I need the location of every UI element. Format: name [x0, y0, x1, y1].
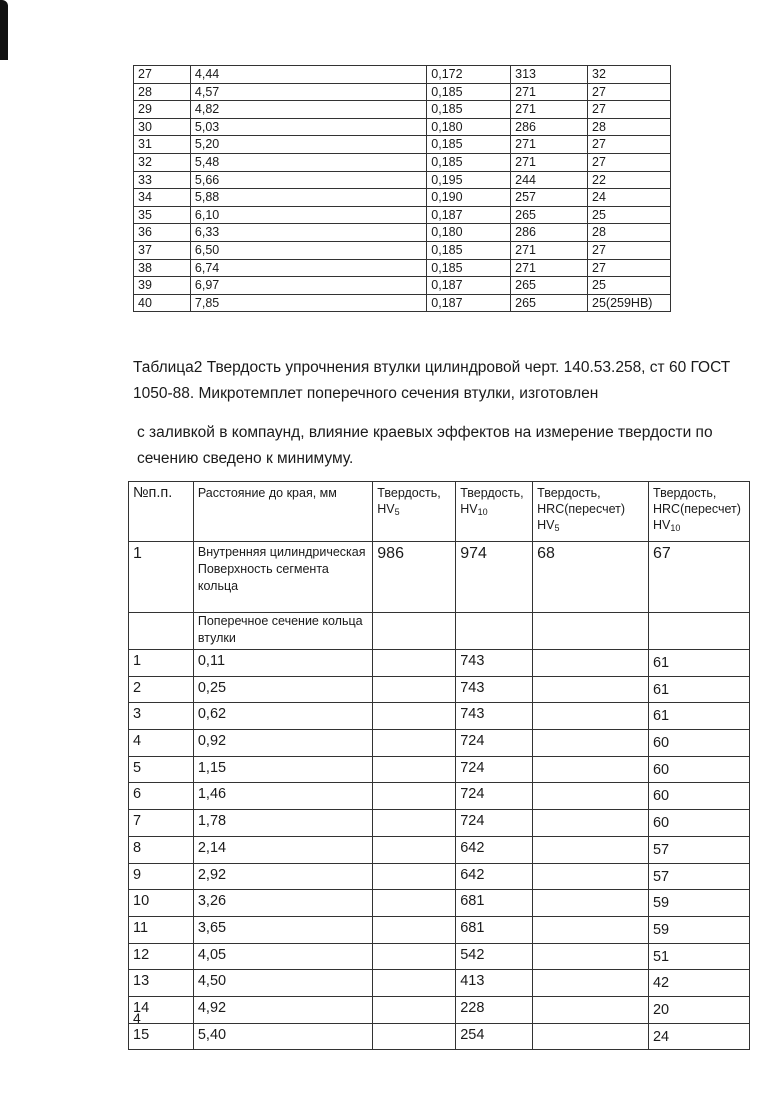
cell-hv5	[373, 836, 456, 863]
cell-hrc: 32	[588, 66, 671, 84]
cell-distance: 1,46	[193, 783, 372, 810]
cell-distance: 6,50	[190, 241, 426, 259]
table-row: 124,0554251	[129, 943, 750, 970]
cell-description: Внутренняя цилиндрическая Поверхность се…	[193, 542, 372, 613]
cell-hv5	[373, 783, 456, 810]
cell-hardness: 271	[511, 136, 588, 154]
cell-hrc-hv5	[533, 836, 649, 863]
cell-hrc-hv10: 60	[648, 810, 749, 837]
cell-distance: 4,05	[193, 943, 372, 970]
header-hv5: Твердость,HV5	[373, 482, 456, 542]
cell-distance: 1,15	[193, 756, 372, 783]
cell-hrc-hv5	[533, 1023, 649, 1050]
cell-hrc-hv10: 67	[648, 542, 749, 613]
cell-value: 0,185	[427, 241, 511, 259]
header-hv10: Твердость,HV10	[456, 482, 533, 542]
cell-value: 0,185	[427, 136, 511, 154]
cell-distance: 4,57	[190, 83, 426, 101]
cell-num: 35	[134, 206, 191, 224]
table2-caption: Таблица2 Твердость упрочнения втулки цил…	[133, 355, 743, 407]
table2-header-row: №п.п. Расстояние до края, мм Твердость,H…	[129, 482, 750, 542]
cell-hv5	[373, 730, 456, 757]
cell-num: 9	[129, 863, 194, 890]
cell-distance: 6,33	[190, 224, 426, 242]
cell-description: Поперечное сечение кольца втулки	[193, 613, 372, 650]
cell-hv5	[373, 676, 456, 703]
cell-num: 13	[129, 970, 194, 997]
cell-hrc-hv10: 60	[648, 730, 749, 757]
cell-distance: 5,66	[190, 171, 426, 189]
cell-hv5	[373, 890, 456, 917]
cell-hv5	[373, 650, 456, 677]
cell-value: 0,187	[427, 294, 511, 312]
cell-distance: 2,92	[193, 863, 372, 890]
cell-num: 15	[129, 1023, 194, 1050]
page-number: 4	[133, 1010, 141, 1026]
cell-hv10: 254	[456, 1023, 533, 1050]
cell-hv10	[456, 613, 533, 650]
cell-hv5	[373, 756, 456, 783]
cell-distance: 5,03	[190, 118, 426, 136]
cell-num: 31	[134, 136, 191, 154]
cell-hv5: 986	[373, 542, 456, 613]
table2-caption-continued: с заливкой в компаунд, влияние краевых э…	[137, 420, 747, 472]
cell-hv5	[373, 1023, 456, 1050]
cell-hrc-hv10	[648, 613, 749, 650]
cell-value: 0,185	[427, 259, 511, 277]
cell-hrc-hv10: 20	[648, 996, 749, 1023]
cell-value: 0,187	[427, 206, 511, 224]
cell-num: 12	[129, 943, 194, 970]
cell-hrc-hv5	[533, 703, 649, 730]
cell-hrc-hv5	[533, 756, 649, 783]
cell-hv10: 743	[456, 650, 533, 677]
cell-hrc: 28	[588, 224, 671, 242]
cell-hrc-hv10: 61	[648, 676, 749, 703]
cell-hrc-hv5: 68	[533, 542, 649, 613]
cell-hrc: 25	[588, 206, 671, 224]
cell-hardness: 265	[511, 294, 588, 312]
cell-hrc-hv10: 57	[648, 836, 749, 863]
cell-distance: 4,50	[193, 970, 372, 997]
cell-num: 6	[129, 783, 194, 810]
table-row: 366,330,18028628	[134, 224, 671, 242]
cell-value: 0,185	[427, 153, 511, 171]
table-row: 10,1174361	[129, 650, 750, 677]
cell-hv5	[373, 863, 456, 890]
cell-hardness: 313	[511, 66, 588, 84]
cell-num: 8	[129, 836, 194, 863]
table-row: 386,740,18527127	[134, 259, 671, 277]
cell-hv10: 743	[456, 703, 533, 730]
table-row: 294,820,18527127	[134, 101, 671, 119]
table-row: 284,570,18527127	[134, 83, 671, 101]
cell-hardness: 265	[511, 277, 588, 295]
table-row: 325,480,18527127	[134, 153, 671, 171]
cell-distance: 0,92	[193, 730, 372, 757]
table-row: 82,1464257	[129, 836, 750, 863]
cell-num: 28	[134, 83, 191, 101]
cell-hv10: 724	[456, 756, 533, 783]
hardness-table-continued: 274,440,17231332284,570,18527127294,820,…	[133, 65, 671, 312]
cell-num: 4	[129, 730, 194, 757]
cell-hv5	[373, 703, 456, 730]
cell-value: 0,187	[427, 277, 511, 295]
cell-distance: 1,78	[193, 810, 372, 837]
table-row: 274,440,17231332	[134, 66, 671, 84]
cell-hrc-hv5	[533, 613, 649, 650]
cell-distance: 3,26	[193, 890, 372, 917]
table-row: 134,5041342	[129, 970, 750, 997]
cell-num: 5	[129, 756, 194, 783]
header-distance: Расстояние до края, мм	[193, 482, 372, 542]
cell-hardness: 271	[511, 241, 588, 259]
cell-hv5	[373, 613, 456, 650]
cell-distance: 4,44	[190, 66, 426, 84]
cell-hrc: 24	[588, 189, 671, 207]
cell-num: 1	[129, 542, 194, 613]
cell-distance: 0,62	[193, 703, 372, 730]
cell-hrc: 27	[588, 241, 671, 259]
cell-num: 7	[129, 810, 194, 837]
cell-hrc: 27	[588, 259, 671, 277]
cell-hrc-hv10: 59	[648, 890, 749, 917]
table-row: 315,200,18527127	[134, 136, 671, 154]
cell-num: 29	[134, 101, 191, 119]
cell-distance: 4,92	[193, 996, 372, 1023]
cell-hrc-hv10: 51	[648, 943, 749, 970]
table-row: 92,9264257	[129, 863, 750, 890]
cell-hv5	[373, 810, 456, 837]
cell-distance: 5,88	[190, 189, 426, 207]
table1-body: 274,440,17231332284,570,18527127294,820,…	[134, 66, 671, 312]
cell-hrc: 22	[588, 171, 671, 189]
cell-hrc-hv5	[533, 943, 649, 970]
cell-num: 37	[134, 241, 191, 259]
cell-hv10: 413	[456, 970, 533, 997]
cell-distance: 6,97	[190, 277, 426, 295]
cell-value: 0,185	[427, 83, 511, 101]
scan-edge	[0, 0, 8, 60]
cell-distance: 5,48	[190, 153, 426, 171]
cell-distance: 2,14	[193, 836, 372, 863]
cell-hv10: 724	[456, 783, 533, 810]
cell-hv5	[373, 970, 456, 997]
table-row: 356,100,18726525	[134, 206, 671, 224]
cell-hardness: 286	[511, 224, 588, 242]
cell-hrc-hv10: 59	[648, 916, 749, 943]
table-row: 376,500,18527127	[134, 241, 671, 259]
cell-hv10: 642	[456, 836, 533, 863]
cell-num: 30	[134, 118, 191, 136]
table-row: 113,6568159	[129, 916, 750, 943]
cell-hardness: 244	[511, 171, 588, 189]
cell-hardness: 271	[511, 259, 588, 277]
cell-hrc-hv10: 60	[648, 783, 749, 810]
hardness-table-2: №п.п. Расстояние до края, мм Твердость,H…	[128, 481, 750, 1050]
cell-hrc-hv5	[533, 970, 649, 997]
cell-hrc-hv10: 60	[648, 756, 749, 783]
cell-num: 36	[134, 224, 191, 242]
cell-hrc: 27	[588, 83, 671, 101]
table-row: 103,2668159	[129, 890, 750, 917]
header-num: №п.п.	[129, 482, 194, 542]
cell-num: 32	[134, 153, 191, 171]
table-row: 71,7872460	[129, 810, 750, 837]
cell-hrc: 27	[588, 136, 671, 154]
cell-value: 0,180	[427, 118, 511, 136]
cell-hv10: 228	[456, 996, 533, 1023]
cell-hrc-hv5	[533, 890, 649, 917]
cell-distance: 3,65	[193, 916, 372, 943]
cell-value: 0,185	[427, 101, 511, 119]
cell-hardness: 286	[511, 118, 588, 136]
cell-distance: 6,74	[190, 259, 426, 277]
cell-hv10: 724	[456, 810, 533, 837]
cell-hrc-hv10: 61	[648, 650, 749, 677]
cell-hrc: 27	[588, 153, 671, 171]
cell-hv10: 681	[456, 916, 533, 943]
cell-hardness: 271	[511, 153, 588, 171]
cell-hrc-hv10: 24	[648, 1023, 749, 1050]
table-row: 305,030,18028628	[134, 118, 671, 136]
table-row: 51,1572460	[129, 756, 750, 783]
table2-body: 1 Внутренняя цилиндрическая Поверхность …	[129, 542, 750, 1050]
cell-hrc-hv10: 61	[648, 703, 749, 730]
cell-num: 27	[134, 66, 191, 84]
cell-distance: 0,11	[193, 650, 372, 677]
cell-num: 40	[134, 294, 191, 312]
cell-hrc-hv10: 42	[648, 970, 749, 997]
section-row: Поперечное сечение кольца втулки	[129, 613, 750, 650]
table-row: 144,9222820	[129, 996, 750, 1023]
cell-num: 38	[134, 259, 191, 277]
cell-distance: 6,10	[190, 206, 426, 224]
cell-hrc-hv10: 57	[648, 863, 749, 890]
cell-hrc-hv5	[533, 810, 649, 837]
cell-distance: 5,40	[193, 1023, 372, 1050]
cell-value: 0,190	[427, 189, 511, 207]
cell-hv5	[373, 916, 456, 943]
cell-hrc-hv5	[533, 863, 649, 890]
cell-hrc-hv5	[533, 730, 649, 757]
cell-distance: 0,25	[193, 676, 372, 703]
cell-hrc: 25(259HB)	[588, 294, 671, 312]
header-hrc-hv5: Твердость, HRC(пересчет)HV5	[533, 482, 649, 542]
cell-distance: 7,85	[190, 294, 426, 312]
cell-num: 33	[134, 171, 191, 189]
cell-hrc-hv5	[533, 783, 649, 810]
table-row: 407,850,18726525(259HB)	[134, 294, 671, 312]
cell-hrc: 28	[588, 118, 671, 136]
cell-hardness: 271	[511, 83, 588, 101]
cell-hv10: 642	[456, 863, 533, 890]
cell-num: 11	[129, 916, 194, 943]
cell-hv10: 542	[456, 943, 533, 970]
cell-num: 34	[134, 189, 191, 207]
cell-hrc-hv5	[533, 996, 649, 1023]
cell-hrc: 27	[588, 101, 671, 119]
cell-value: 0,172	[427, 66, 511, 84]
cell-hrc: 25	[588, 277, 671, 295]
cell-hv10: 974	[456, 542, 533, 613]
cell-hv10: 681	[456, 890, 533, 917]
cell-hardness: 271	[511, 101, 588, 119]
cell-value: 0,180	[427, 224, 511, 242]
cell-hrc-hv5	[533, 676, 649, 703]
table-row: 396,970,18726525	[134, 277, 671, 295]
table-row: 61,4672460	[129, 783, 750, 810]
table-row: 345,880,19025724	[134, 189, 671, 207]
cell-value: 0,195	[427, 171, 511, 189]
cell-distance: 5,20	[190, 136, 426, 154]
table-row: 30,6274361	[129, 703, 750, 730]
cell-num: 39	[134, 277, 191, 295]
cell-hardness: 265	[511, 206, 588, 224]
table-row: 20,2574361	[129, 676, 750, 703]
cell-num	[129, 613, 194, 650]
cell-hv10: 743	[456, 676, 533, 703]
surface-row: 1 Внутренняя цилиндрическая Поверхность …	[129, 542, 750, 613]
cell-hv5	[373, 996, 456, 1023]
cell-num: 1	[129, 650, 194, 677]
cell-num: 10	[129, 890, 194, 917]
cell-hrc-hv5	[533, 916, 649, 943]
cell-hardness: 257	[511, 189, 588, 207]
table-row: 335,660,19524422	[134, 171, 671, 189]
cell-distance: 4,82	[190, 101, 426, 119]
table-row: 155,4025424	[129, 1023, 750, 1050]
cell-hv5	[373, 943, 456, 970]
cell-hv10: 724	[456, 730, 533, 757]
cell-num: 2	[129, 676, 194, 703]
header-hrc-hv10: Твердость, HRC(пересчет)HV10	[648, 482, 749, 542]
cell-num: 3	[129, 703, 194, 730]
table-row: 40,9272460	[129, 730, 750, 757]
cell-hrc-hv5	[533, 650, 649, 677]
